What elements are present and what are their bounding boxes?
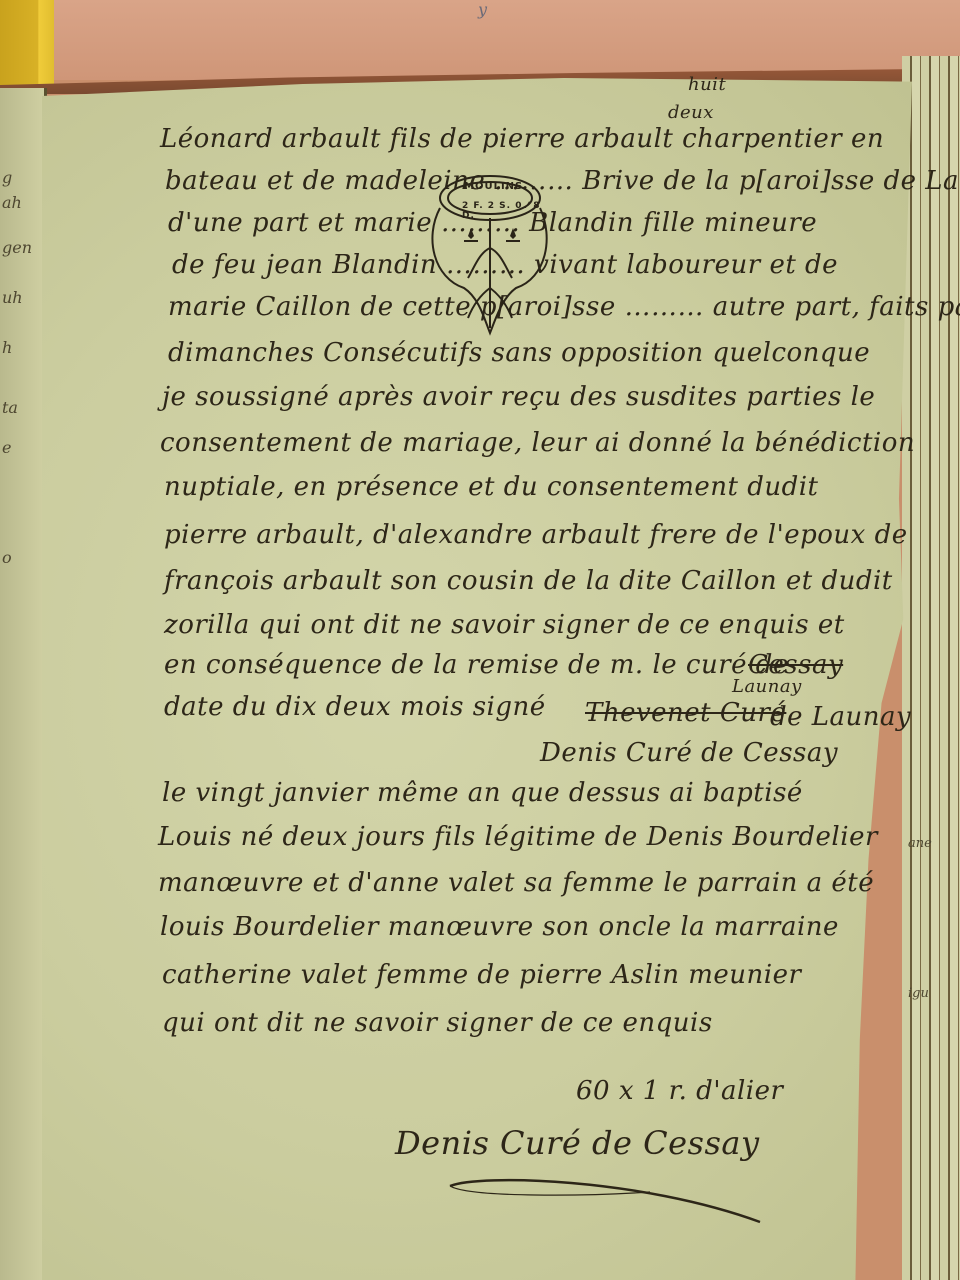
record-line: dimanches Consécutifs sans opposition qu… (168, 338, 870, 368)
moulins-tax-stamp: MOULINS 2 F. 2 S. 0 ⁄ 8 D. (424, 158, 554, 338)
stamp-value: 2 F. 2 S. 0 ⁄ 8 D. (462, 201, 554, 221)
left-page-fragment: ta (2, 398, 18, 417)
left-page-fragment: o (2, 548, 12, 567)
record-line: louis Bourdelier manœuvre son oncle la m… (160, 912, 839, 942)
stamp-town: MOULINS (464, 181, 523, 192)
margin-note: deux (668, 102, 714, 123)
record-line: françois arbault son cousin de la dite C… (164, 566, 893, 596)
right-edge-fragment: ane (908, 836, 932, 851)
record-line: je soussigné après avoir reçu des susdit… (162, 382, 875, 412)
struck-signature: Thevenet Curé (585, 698, 786, 728)
left-page-fragment: ah (2, 193, 22, 212)
right-edge-fragment: igu (908, 986, 929, 1001)
left-page-fragment: e (2, 438, 11, 457)
record-line: manœuvre et d'anne valet sa femme le par… (158, 868, 874, 898)
left-page-fragment: g (2, 168, 12, 187)
signature-flourish-icon (440, 1170, 770, 1230)
record-line: zorilla qui ont dit ne savoir signer de … (164, 610, 845, 640)
record-line: pierre arbault, d'alexandre arbault frer… (164, 520, 908, 550)
page-stack-edge: ane igu (902, 56, 960, 1280)
record-line: qui ont dit ne savoir signer de ce enqui… (162, 1008, 713, 1038)
record-line: le vingt janvier même an que dessus ai b… (162, 778, 803, 808)
record-line: consentement de mariage, leur ai donné l… (160, 428, 915, 458)
left-page-fragment: uh (2, 288, 23, 307)
left-page-fragment: gen (2, 238, 32, 257)
priest-signature: Denis Curé de Cessay (395, 1124, 760, 1162)
record-line: catherine valet femme de pierre Aslin me… (162, 960, 801, 990)
record-line: en conséquence de la remise de m. le cur… (164, 650, 789, 680)
insertion-text: Launay (732, 676, 802, 697)
backdrop-wall: y (0, 0, 960, 80)
margin-note: huit (688, 74, 726, 95)
record-line: Louis né deux jours fils légitime de Den… (158, 822, 878, 852)
backdrop-scribble: y (478, 0, 487, 19)
yellow-folder-edge (0, 0, 54, 90)
left-facing-page: g ah gen uh h ta e o (0, 88, 47, 1280)
record-line: Léonard arbault fils de pierre arbault c… (160, 124, 884, 154)
signature-place: de Launay (770, 702, 911, 732)
record-line: date du dix deux mois signé (164, 692, 546, 722)
left-page-fragment: h (2, 338, 12, 357)
record-line: marie Caillon de cette p[aroi]sse ……… au… (168, 292, 960, 322)
fee-note: 60 x 1 r. d'alier (576, 1076, 783, 1106)
priest-signature: Denis Curé de Cessay (540, 738, 838, 768)
record-line: bateau et de madeleine ……… Brive de la p… (165, 166, 960, 196)
record-line: nuptiale, en présence et du consentement… (164, 472, 819, 502)
